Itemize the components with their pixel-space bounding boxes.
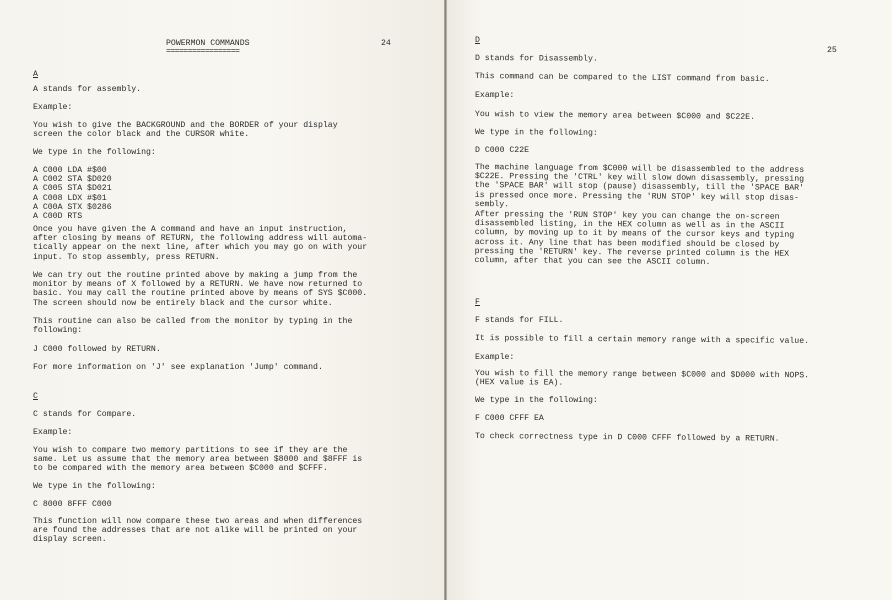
paragraph: This command can be compared to the LIST… [475, 72, 770, 84]
paragraph: After pressing the 'RUN STOP' key you ca… [475, 210, 795, 268]
section-letter-a: A [33, 70, 38, 79]
paragraph: The machine language from $C000 will be … [475, 163, 805, 212]
paragraph: We type in the following: [33, 148, 156, 157]
paragraph: You wish to fill the memory range betwee… [475, 369, 809, 390]
paragraph: We type in the following: [475, 396, 598, 405]
paragraph: J C000 followed by RETURN. [33, 345, 161, 354]
paragraph: It is possible to fill a certain memory … [475, 334, 809, 346]
paragraph: You wish to give the BACKGROUND and the … [33, 121, 338, 139]
section-letter-f: F [475, 298, 480, 307]
paragraph: Example: [33, 103, 72, 112]
paragraph: We can try out the routine printed above… [33, 271, 367, 308]
paragraph: You wish to compare two memory partition… [33, 446, 362, 474]
paragraph: We type in the following: [33, 482, 156, 491]
title-underline: ================= [166, 47, 239, 56]
code-line: F C000 CFFF EA [475, 414, 544, 423]
paragraph: For more information on 'J' see explanat… [33, 363, 323, 372]
page-number: 24 [381, 39, 391, 48]
right-page: 25 D D stands for Disassembly. This comm… [447, 0, 892, 600]
paragraph: You wish to view the memory area between… [475, 110, 755, 122]
paragraph: This routine can also be called from the… [33, 317, 352, 335]
paragraph: Example: [475, 353, 514, 362]
paragraph: C stands for Compare. [33, 410, 136, 419]
page-number: 25 [827, 46, 837, 55]
paragraph: This function will now compare these two… [33, 517, 362, 545]
paragraph: We type in the following: [475, 128, 598, 138]
paragraph: Example: [33, 428, 72, 437]
code-line: C 8000 8FFF C000 [33, 500, 112, 509]
book-spread: POWERMON COMMANDS ================= 24 A… [0, 0, 892, 600]
paragraph: Example: [475, 91, 514, 100]
code-line: D C000 C22E [475, 146, 529, 155]
section-letter-c: C [33, 392, 38, 401]
left-page: POWERMON COMMANDS ================= 24 A… [0, 0, 445, 600]
section-letter-d: D [475, 36, 480, 45]
paragraph: D stands for Disassembly. [475, 54, 598, 64]
paragraph: Once you have given the A command and ha… [33, 225, 367, 262]
code-block: A C000 LDA #$00 A C002 STA $D020 A C005 … [33, 166, 112, 221]
paragraph: A stands for assembly. [33, 85, 141, 94]
paragraph: F stands for FILL. [475, 316, 563, 325]
paragraph: To check correctness type in D C000 CFFF… [475, 432, 780, 444]
